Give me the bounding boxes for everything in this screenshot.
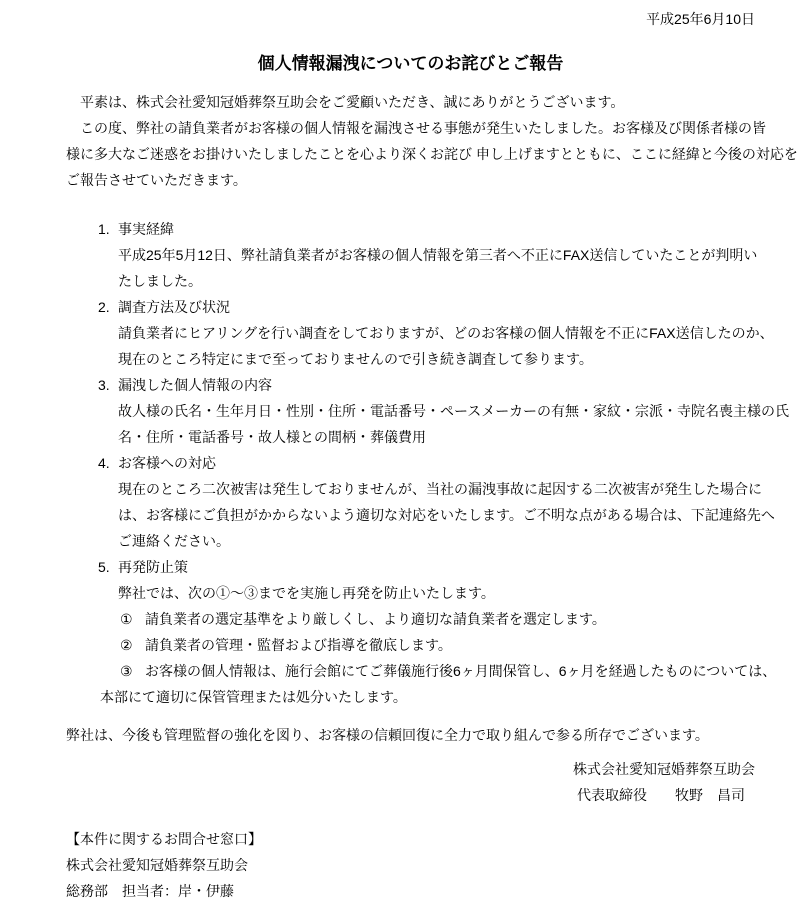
list-item-2-number: 2. bbox=[98, 294, 118, 320]
intro-line-1: 平素は、株式会社愛知冠婚葬祭互助会をご愛顧いただき、誠にありがとうございます。 bbox=[66, 89, 755, 115]
list-item-5-heading: 5.再発防止策 bbox=[98, 554, 755, 580]
measure-1-text: 請負業者の選定基準をより厳しくし、より適切な請負業者を選定します。 bbox=[145, 611, 606, 627]
list-item-5-title: 再発防止策 bbox=[118, 559, 188, 575]
list-item-4-body-line-3: ご連絡ください。 bbox=[118, 528, 755, 554]
measure-3-text: お客様の個人情報は、施行会館にてご葬儀施行後6ヶ月間保管し、6ヶ月を経過したもの… bbox=[145, 663, 776, 679]
intro-paragraph: 平素は、株式会社愛知冠婚葬祭互助会をご愛顧いただき、誠にありがとうございます。 … bbox=[66, 89, 755, 193]
closing-paragraph: 弊社は、今後も管理監督の強化を図り、お客様の信頼回復に全力で取り組んで参る所存で… bbox=[66, 722, 755, 748]
list-item-3-number: 3. bbox=[98, 372, 118, 398]
list-item-3-title: 漏洩した個人情報の内容 bbox=[118, 377, 272, 393]
contact-department: 総務部 担当者：岸・伊藤 bbox=[66, 878, 755, 902]
measure-3: ③お客様の個人情報は、施行会館にてご葬儀施行後6ヶ月間保管し、6ヶ月を経過したも… bbox=[120, 658, 755, 684]
document-title: 個人情報漏洩についてのお詫びとご報告 bbox=[66, 51, 755, 77]
numbered-list: 1.事実経緯 平成25年5月12日、弊社請負業者がお客様の個人情報を第三者へ不正… bbox=[66, 216, 755, 710]
list-item-2-title: 調査方法及び状況 bbox=[118, 299, 230, 315]
signature-block: 株式会社愛知冠婚葬祭互助会 代表取締役 牧野 昌司 bbox=[66, 756, 755, 808]
list-item-1-number: 1. bbox=[98, 216, 118, 242]
intro-line-4: ご報告させていただきます。 bbox=[66, 167, 755, 193]
list-item-5-body-line-1: 弊社では、次の①～③までを実施し再発を防止いたします。 bbox=[118, 580, 755, 606]
list-item-3-body-line-1: 故人様の氏名・生年月日・性別・住所・電話番号・ペースメーカーの有無・家紋・宗派・… bbox=[118, 398, 755, 424]
contact-block: 【本件に関するお問合せ窓口】 株式会社愛知冠婚葬祭互助会 総務部 担当者：岸・伊… bbox=[66, 826, 755, 902]
list-item-3-body-line-2: 名・住所・電話番号・故人様との間柄・葬儀費用 bbox=[118, 424, 755, 450]
intro-line-3: 様に多大なご迷惑をお掛けいたしましたことを心より深くお詫び 申し上げますとともに… bbox=[66, 141, 755, 167]
list-item-4-body-line-1: 現在のところ二次被害は発生しておりませんが、当社の漏洩事故に起因する二次被害が発… bbox=[118, 476, 755, 502]
list-item-1-body-line-1: 平成25年5月12日、弊社請負業者がお客様の個人情報を第三者へ不正にFAX送信し… bbox=[118, 242, 755, 268]
list-item-5-number: 5. bbox=[98, 554, 118, 580]
document-date: 平成25年6月10日 bbox=[66, 6, 755, 32]
list-item-1-heading: 1.事実経緯 bbox=[98, 216, 755, 242]
list-item-4-body-line-2: は、お客様にご負担がかからないよう適切な対応をいたします。ご不明な点がある場合は… bbox=[118, 502, 755, 528]
measure-2-text: 請負業者の管理・監督および指導を徹底します。 bbox=[145, 637, 452, 653]
measure-3-wrap-line: 本部にて適切に保管管理または処分いたします。 bbox=[100, 684, 755, 710]
list-item-3-heading: 3.漏洩した個人情報の内容 bbox=[98, 372, 755, 398]
list-item-1-title: 事実経緯 bbox=[118, 221, 174, 237]
list-item-2-body-line-2: 現在のところ特定にまで至っておりませんので引き続き調査して参ります。 bbox=[118, 346, 755, 372]
list-item-4-title: お客様への対応 bbox=[118, 455, 216, 471]
measure-2-number: ② bbox=[120, 632, 145, 658]
measure-2: ②請負業者の管理・監督および指導を徹底します。 bbox=[120, 632, 755, 658]
signature-representative: 代表取締役 牧野 昌司 bbox=[66, 782, 755, 808]
list-item-2-body-line-1: 請負業者にヒアリングを行い調査をしておりますが、どのお客様の個人情報を不正にFA… bbox=[118, 320, 755, 346]
list-item-4-heading: 4.お客様への対応 bbox=[98, 450, 755, 476]
apology-report-page: 平成25年6月10日 個人情報漏洩についてのお詫びとご報告 平素は、株式会社愛知… bbox=[0, 0, 800, 902]
measure-3-number: ③ bbox=[120, 658, 145, 684]
list-item-2-heading: 2.調査方法及び状況 bbox=[98, 294, 755, 320]
contact-company: 株式会社愛知冠婚葬祭互助会 bbox=[66, 852, 755, 878]
measure-1-number: ① bbox=[120, 606, 145, 632]
list-item-4-number: 4. bbox=[98, 450, 118, 476]
signature-company: 株式会社愛知冠婚葬祭互助会 bbox=[66, 756, 755, 782]
intro-line-2: この度、弊社の請負業者がお客様の個人情報を漏洩させる事態が発生いたしました。お客… bbox=[66, 115, 755, 141]
list-item-1-body-line-2: たしました。 bbox=[118, 268, 755, 294]
document-content: 平成25年6月10日 個人情報漏洩についてのお詫びとご報告 平素は、株式会社愛知… bbox=[0, 0, 800, 902]
contact-heading: 【本件に関するお問合せ窓口】 bbox=[66, 826, 755, 852]
measure-1: ①請負業者の選定基準をより厳しくし、より適切な請負業者を選定します。 bbox=[120, 606, 755, 632]
